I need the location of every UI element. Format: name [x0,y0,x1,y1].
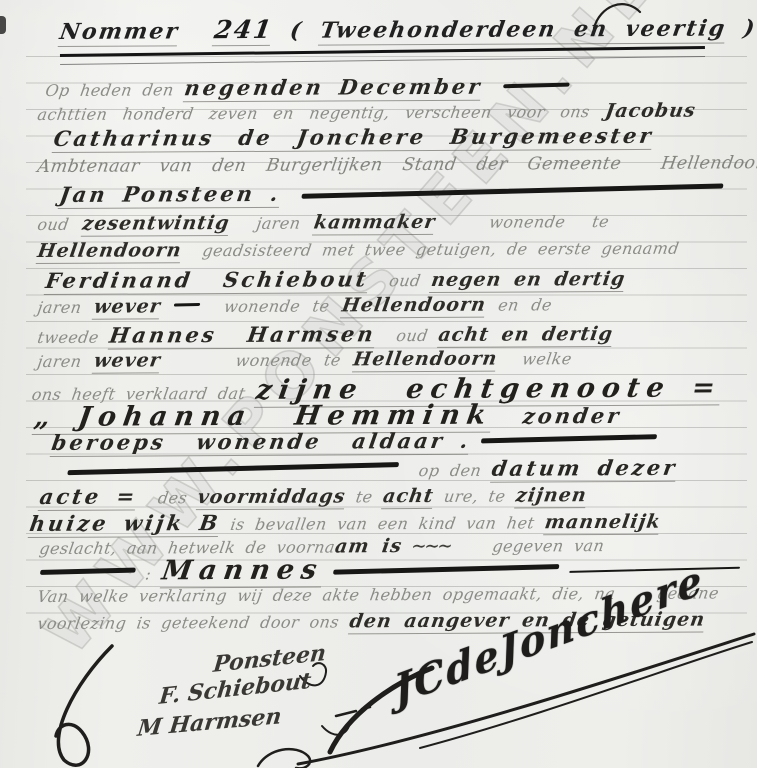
text-segment: geadsisteerd met twee getuigen, de eerst… [180,239,680,261]
text-segment: negen en dertig [429,268,627,293]
text-segment: oud [367,271,433,290]
text-segment: op den [396,461,493,480]
header-double-rule [60,46,705,65]
text-segment: jaren [36,352,95,371]
document-line: Jan Ponsteen . [58,179,724,207]
document-line: oud zesentwintig jaren kammaker wonende … [36,210,611,235]
text-segment: Mannes [160,555,326,589]
text-segment: en de [484,295,553,314]
text-segment: Op heden den [44,80,186,100]
text-segment: zijnen [514,484,588,508]
document-line: Catharinus de Jonchere Burgemeester [52,123,656,151]
text-segment: wonende te [198,296,344,316]
text-segment [177,18,216,44]
text-segment: Jan Ponsteen . [58,181,283,209]
document-line: jaren wever wonende te Hellendoorn welke [36,347,574,372]
text-segment [481,79,505,98]
text-segment: 241 [212,15,275,46]
pen-dash-marks [336,707,370,716]
document-line: huize wijk B is bevallen van een kind va… [28,508,663,536]
text-segment: ure, te [432,487,517,506]
text-segment: Nommer [58,18,181,47]
text-segment: Jacobus [604,100,698,122]
text-segment: Hannes Harmsen [107,321,377,349]
text-segment: achttien honderd zeven en negentig, vers… [36,102,607,124]
text-segment: acte = [38,483,140,511]
text-segment: Hellendoorn [340,294,488,319]
text-segment: Ambtenaar van den Burgerlijken Stand der… [36,153,757,177]
ink-stroke [301,184,723,199]
text-segment: datum dezer [490,455,679,483]
text-segment: acht [381,485,435,509]
text-segment: oud [36,215,84,234]
text-segment: jaren [228,214,315,233]
text-segment: huize wijk B [28,510,223,538]
document-line: Nommer 241 ( Tweehonderdeen en veertig )… [58,12,757,45]
scan-page: WWW.PONSTEEN.NL Nommer 241 ( Tweehonderd… [0,0,757,768]
text-segment: kammaker [312,211,437,236]
text-segment: oud [374,326,440,345]
document-line: jaren wever wonende te Hellendoorn en de [36,293,554,318]
document-line: Op heden den negenden December [44,73,571,101]
text-segment: des [136,488,200,507]
text-segment: wonende te [434,212,611,232]
signature-tail-harmsen [322,722,350,735]
text-segment: beroeps wonende aldaar . [50,428,473,457]
text-segment: Tweehonderdeen en veertig [318,16,728,46]
document-line: tweede Hannes Harmsen oud acht en dertig [36,320,615,348]
ink-stroke [67,462,399,475]
ink-stroke [503,83,570,89]
text-segment: jaren [36,298,95,317]
text-segment: zesentwintig [81,212,232,237]
text-segment: Hellendoorn [36,239,184,264]
text-segment: te [344,487,385,506]
text-segment: ) = [724,15,757,41]
document-line: Hellendoorn geadsisteerd met twee getuig… [36,237,681,262]
text-segment: tweede [36,328,111,347]
text-segment: zonder [491,403,624,429]
document-line: acte = des voormiddags te acht ure, te z… [38,481,589,509]
ink-stroke [40,568,136,575]
text-segment: acht en dertig [437,323,615,348]
text-segment: is bevallen van een kind van het [219,513,547,534]
document-line: Ambtenaar van den Burgerlijken Stand der… [36,153,757,177]
document-line: beroeps wonende aldaar . [50,427,658,455]
text-segment: : [134,564,164,583]
text-segment: voorlezing is geteekend door ons [36,612,351,633]
text-segment: Ferdinand Schiebout [44,266,371,295]
text-segment: negenden December [182,74,484,103]
ink-stroke [481,434,657,443]
text-segment: Catharinus de Jonchere Burgemeester [52,123,656,153]
signature-flourish-left [56,646,112,765]
document-line: achttien honderd zeven en negentig, vers… [36,100,697,125]
ink-stroke [333,564,559,574]
bottom-loop [258,749,310,768]
text-segment: wever [92,295,162,319]
ink-stroke [173,303,199,307]
scan-edge-artifact [0,16,6,34]
text-segment: welke [496,349,573,368]
text-segment: wonende te [159,350,355,370]
document-line: Ferdinand Schiebout oud negen en dertig [44,265,628,293]
text-segment: ( [271,18,323,44]
text-segment: voormiddags [196,485,347,510]
text-segment: wever [92,349,162,373]
text-segment: mannelijk [543,511,662,536]
document-line: op den datum dezer [66,455,679,483]
text-segment [159,297,174,316]
text-segment [279,186,303,205]
text-segment: Hellendoorn [351,348,499,373]
